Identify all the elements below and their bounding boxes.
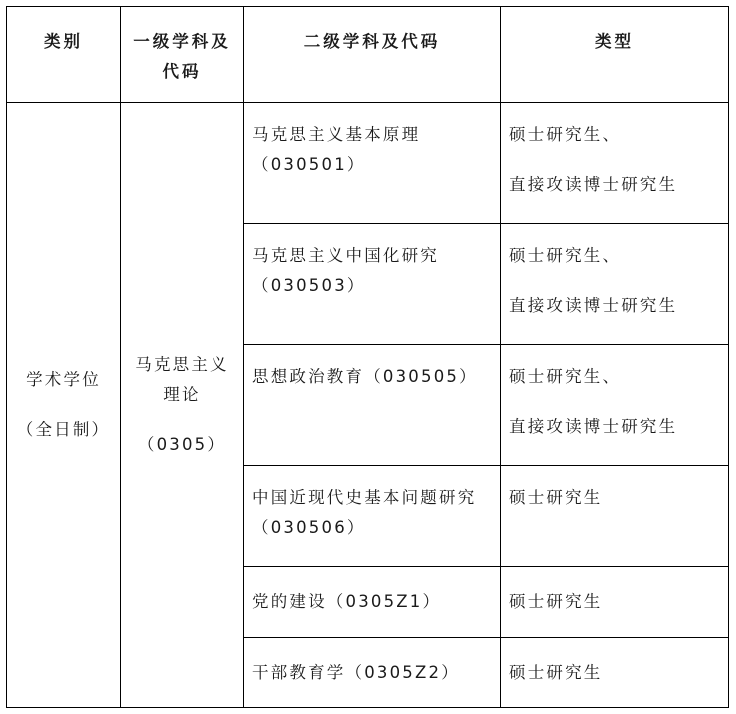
type-cell: 硕士研究生、 直接攻读博士研究生: [501, 103, 729, 224]
second-level-code: （030501）: [252, 150, 500, 180]
type-line2: 直接攻读博士研究生: [509, 291, 728, 321]
second-level-name: 马克思主义基本原理: [252, 120, 500, 150]
header-second-level-label: 二级学科及代码: [304, 32, 441, 51]
second-level-name: 中国近现代史基本问题研究: [252, 483, 500, 513]
category-line1: 学术学位: [7, 365, 120, 395]
table-row: 学术学位 （全日制） 马克思主义 理论 （0305） 马克思主义基本原理 （03…: [7, 103, 729, 224]
category-line2: （全日制）: [7, 415, 120, 445]
header-type-label: 类型: [595, 32, 634, 51]
second-level-name: 干部教育学（0305Z2）: [252, 658, 500, 688]
second-level-cell: 马克思主义基本原理 （030501）: [244, 103, 501, 224]
second-level-cell: 干部教育学（0305Z2）: [244, 638, 501, 708]
header-category-label: 类别: [44, 32, 83, 51]
second-level-cell: 马克思主义中国化研究 （030503）: [244, 224, 501, 345]
type-line1: 硕士研究生、: [509, 362, 728, 392]
first-level-line2: 理论: [121, 380, 243, 410]
type-line2: 直接攻读博士研究生: [509, 170, 728, 200]
header-category: 类别: [7, 7, 121, 103]
type-line1: 硕士研究生: [509, 483, 728, 513]
type-line1: 硕士研究生、: [509, 120, 728, 150]
second-level-name: 党的建设（0305Z1）: [252, 587, 500, 617]
first-level-cell: 马克思主义 理论 （0305）: [121, 103, 244, 708]
second-level-name: 思想政治教育（030505）: [252, 362, 500, 392]
second-level-name: 马克思主义中国化研究: [252, 241, 500, 271]
type-cell: 硕士研究生: [501, 466, 729, 567]
type-cell: 硕士研究生: [501, 567, 729, 638]
second-level-cell: 中国近现代史基本问题研究 （030506）: [244, 466, 501, 567]
header-first-level-line2: 代码: [121, 57, 243, 87]
second-level-cell: 思想政治教育（030505）: [244, 345, 501, 466]
header-first-level-line1: 一级学科及: [121, 27, 243, 57]
type-line1: 硕士研究生: [509, 587, 728, 617]
header-type: 类型: [501, 7, 729, 103]
category-cell: 学术学位 （全日制）: [7, 103, 121, 708]
header-row: 类别 一级学科及 代码 二级学科及代码 类型: [7, 7, 729, 103]
type-line2: 直接攻读博士研究生: [509, 412, 728, 442]
second-level-cell: 党的建设（0305Z1）: [244, 567, 501, 638]
type-cell: 硕士研究生: [501, 638, 729, 708]
first-level-code: （0305）: [121, 430, 243, 460]
first-level-line1: 马克思主义: [121, 350, 243, 380]
second-level-code: （030503）: [252, 271, 500, 301]
header-second-level: 二级学科及代码: [244, 7, 501, 103]
discipline-table: 类别 一级学科及 代码 二级学科及代码 类型 学术学位 （全日制） 马克思主义 …: [6, 6, 729, 708]
header-first-level: 一级学科及 代码: [121, 7, 244, 103]
second-level-code: （030506）: [252, 513, 500, 543]
type-line1: 硕士研究生: [509, 658, 728, 688]
type-cell: 硕士研究生、 直接攻读博士研究生: [501, 345, 729, 466]
type-cell: 硕士研究生、 直接攻读博士研究生: [501, 224, 729, 345]
type-line1: 硕士研究生、: [509, 241, 728, 271]
